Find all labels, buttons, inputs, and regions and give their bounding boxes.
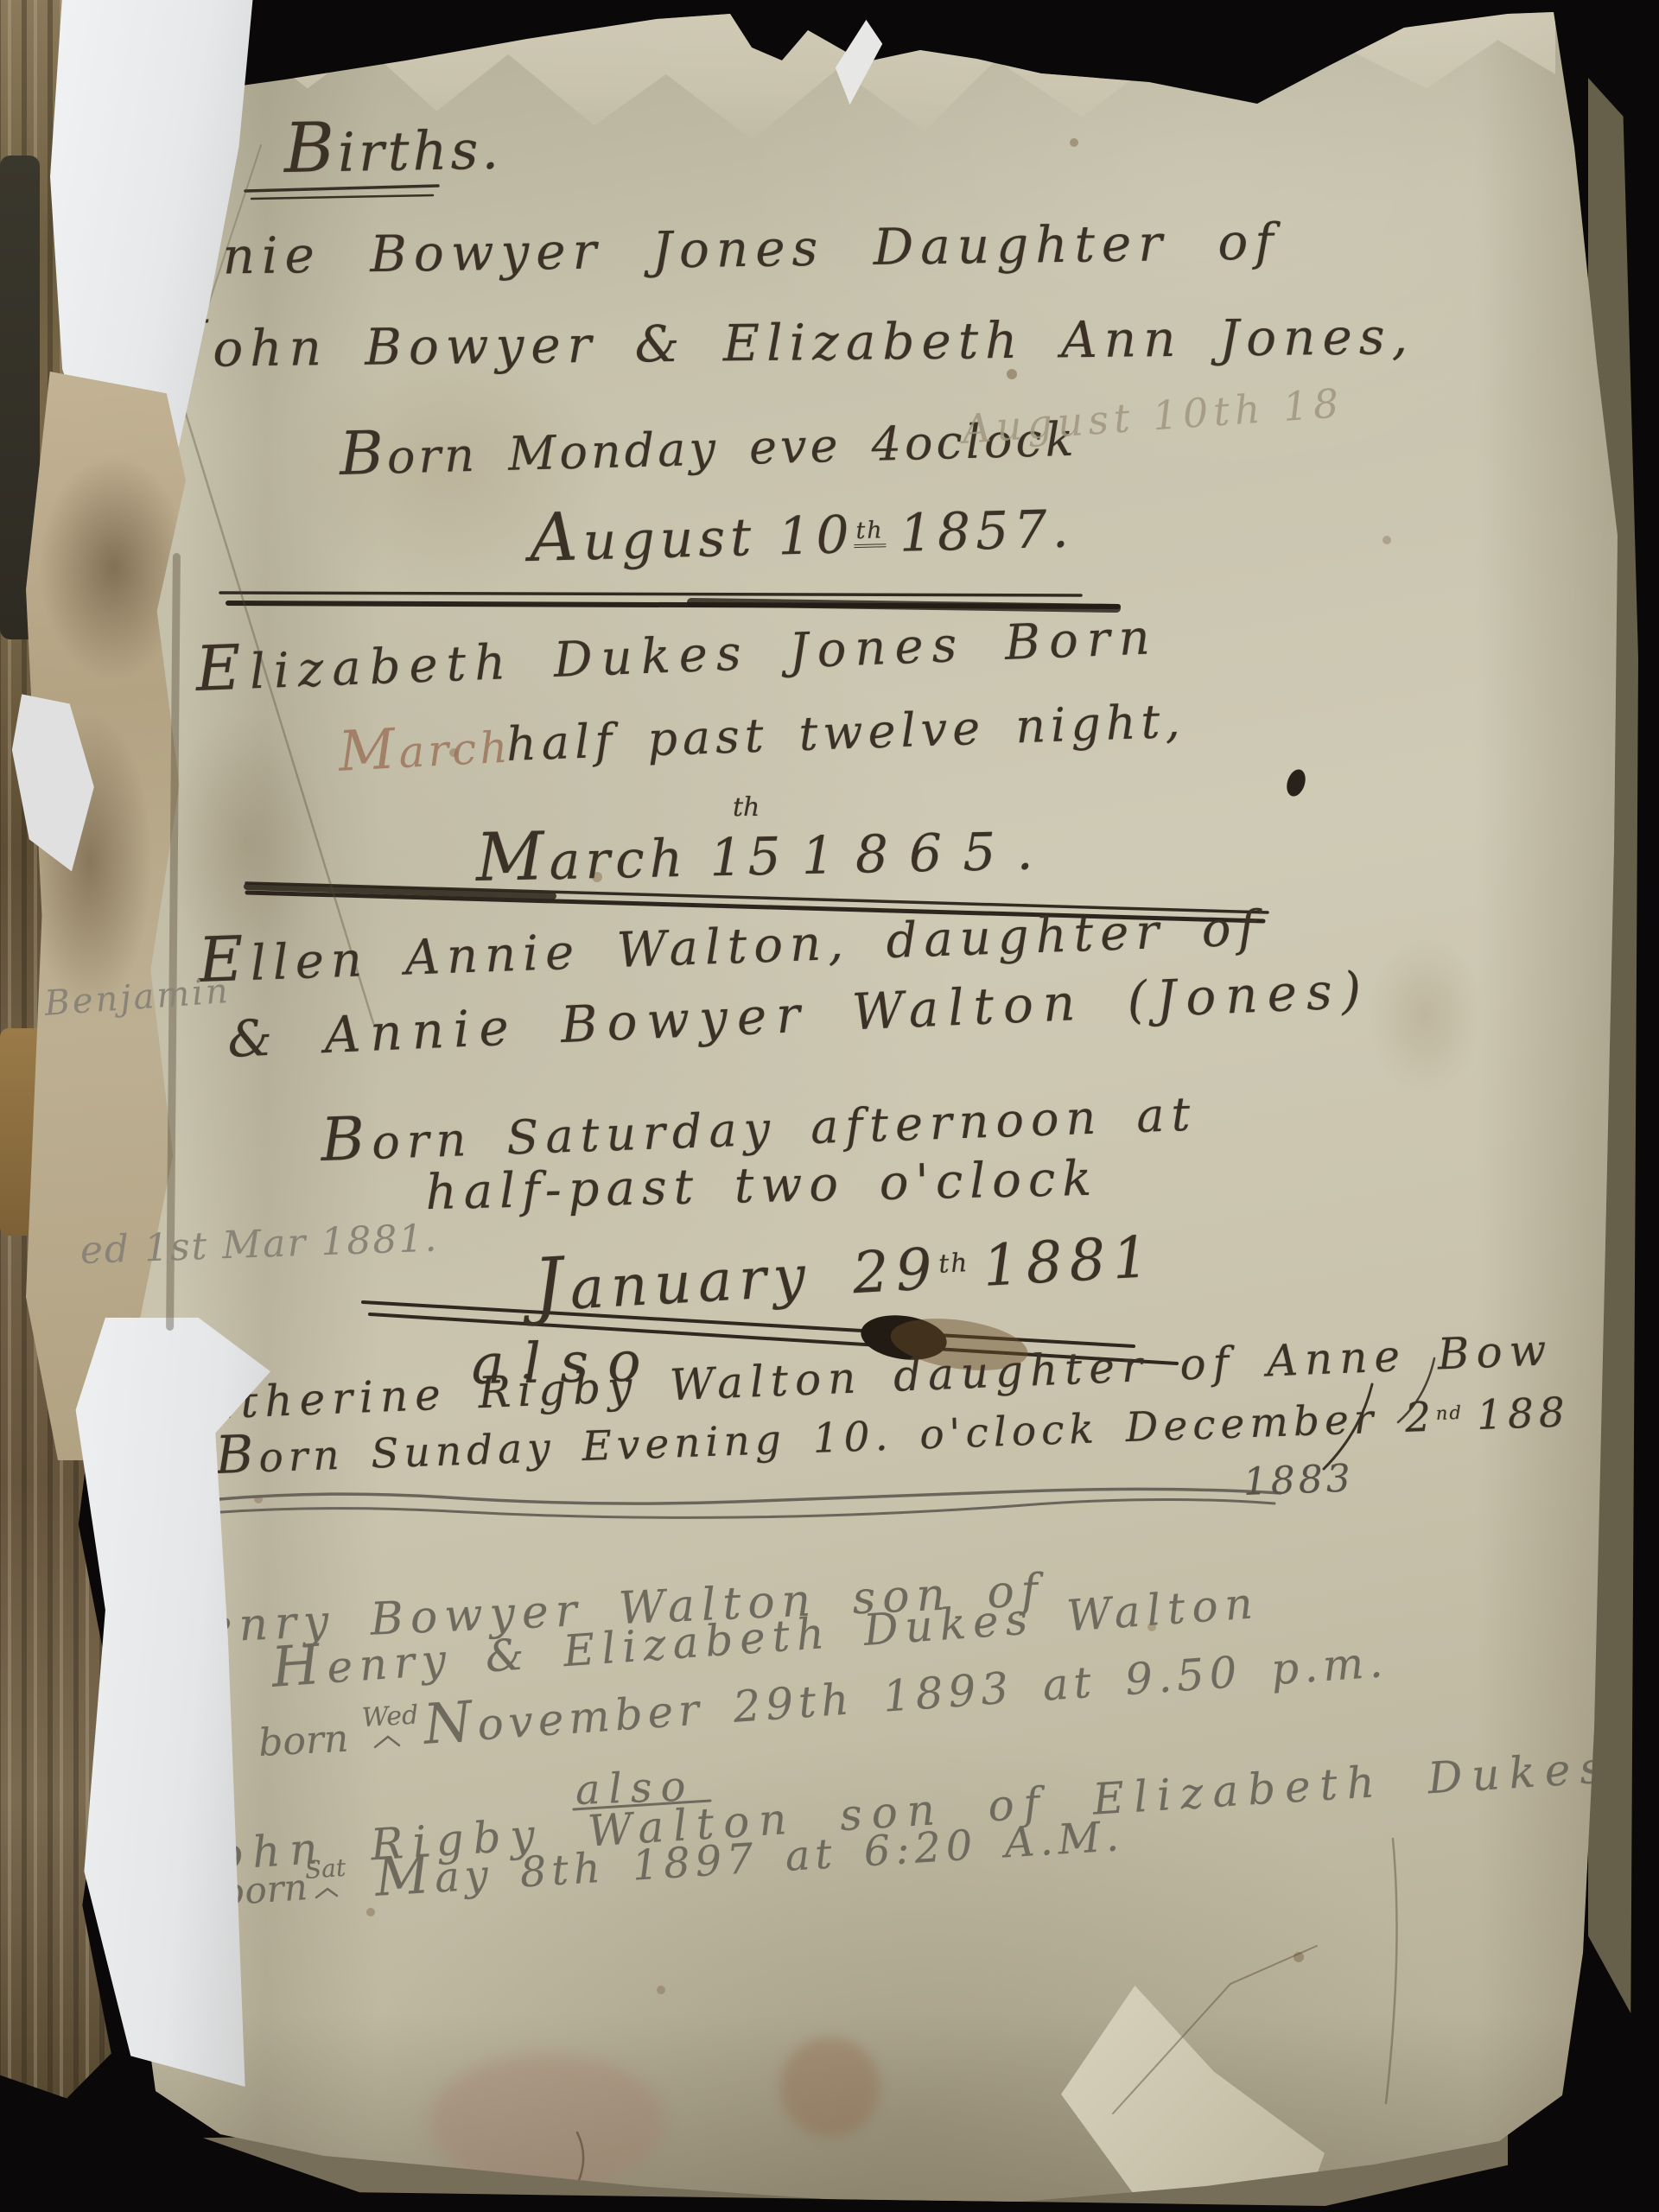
entry2-faded-month: March [337, 714, 512, 784]
book-page: Births. Annie Bowyer Jones Daughter of J… [0, 0, 1659, 2212]
entry2-date-year: 1865. [801, 821, 1054, 887]
entry4-weekday-insert2: Sat [304, 1855, 346, 1885]
entry3-born-year-partial: 188 [1476, 1389, 1571, 1440]
entry1-date-year: 1857. [899, 499, 1075, 564]
entry3-date-ordinal: th [938, 1248, 969, 1280]
entry1-date-line: August 10th1857. [529, 489, 1075, 576]
entry1-date-ordinal: th [854, 517, 886, 548]
entry3-born-ordinal: nd [1435, 1402, 1463, 1424]
entry3-year-note: 1883 [1243, 1459, 1355, 1504]
entry4-weekday-insert: Wed [361, 1701, 419, 1732]
entry1-date-daymonth: August 10 [529, 505, 855, 574]
entry2-date-line: March 151865. [475, 810, 1054, 895]
photograph-of-register-page: Births. Annie Bowyer Jones Daughter of J… [0, 0, 1659, 2212]
entry1-parents-line: John Bowyer & Elizabeth Ann Jones, [180, 296, 1414, 380]
entry2-date-daymonth: March 15 [475, 826, 786, 893]
entry4-born-word: born [257, 1719, 349, 1765]
page-title: Births. [283, 107, 503, 187]
entry3-date-year: 1881 [981, 1224, 1157, 1300]
